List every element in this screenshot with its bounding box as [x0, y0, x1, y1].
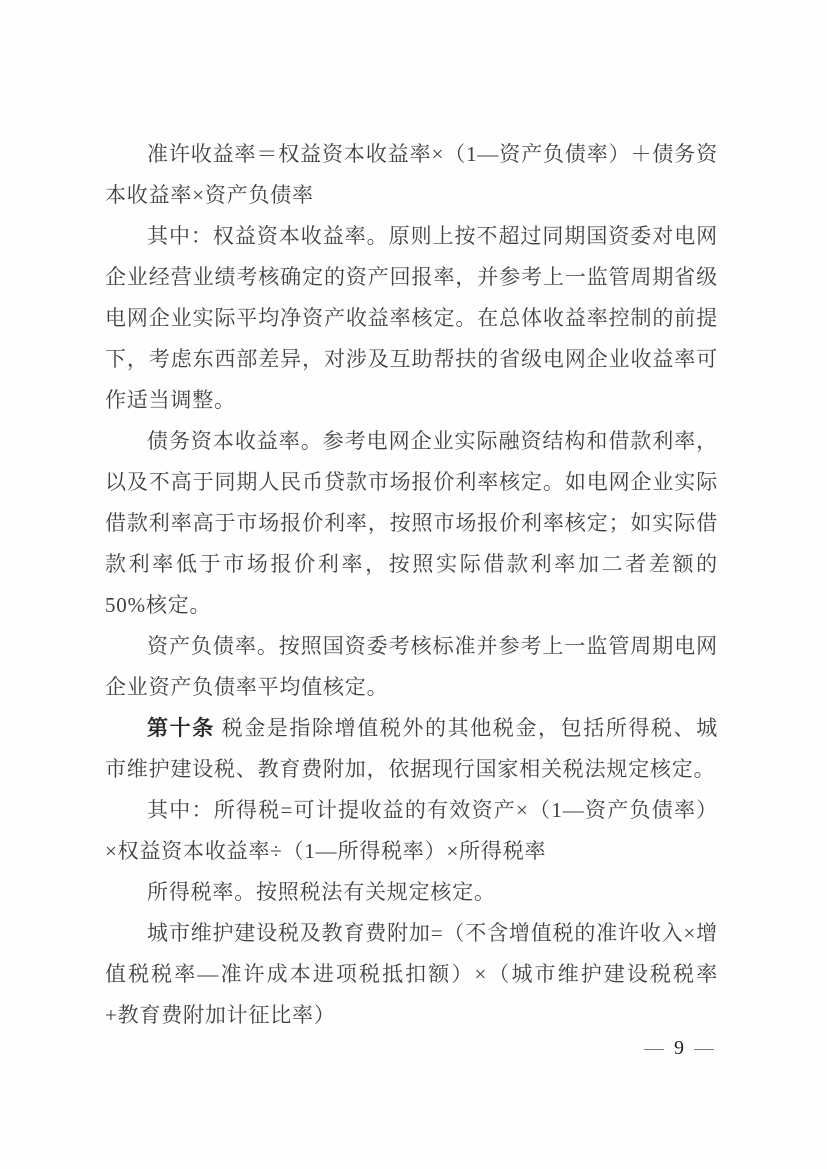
text-run: 准许收益率＝权益资本收益率×（1—资产负债率）＋债务资本收益率×资产负债率: [105, 142, 718, 207]
paragraph: 其中：权益资本收益率。原则上按不超过同期国资委对电网企业经营业绩考核确定的资产回…: [105, 216, 718, 421]
paragraph: 第十条 税金是指除增值税外的其他税金，包括所得税、城市维护建设税、教育费附加，依…: [105, 708, 718, 790]
paragraph: 债务资本收益率。参考电网企业实际融资结构和借款利率，以及不高于同期人民币贷款市场…: [105, 421, 718, 626]
paragraph: 其中：所得税=可计提收益的有效资产×（1—资产负债率）×权益资本收益率÷（1—所…: [105, 790, 718, 872]
paragraph: 资产负债率。按照国资委考核标准并参考上一监管周期电网企业资产负债率平均值核定。: [105, 626, 718, 708]
paragraph: 准许收益率＝权益资本收益率×（1—资产负债率）＋债务资本收益率×资产负债率: [105, 134, 718, 216]
document-page: 准许收益率＝权益资本收益率×（1—资产负债率）＋债务资本收益率×资产负债率其中：…: [0, 0, 827, 1169]
footer-left-dash: —: [644, 1037, 665, 1059]
article-number-run: 第十条: [147, 716, 215, 740]
footer-right-dash: —: [694, 1037, 715, 1059]
text-run: 所得税率。按照税法有关规定核定。: [147, 880, 496, 904]
page-footer: —9—: [644, 1036, 715, 1060]
text-run: 城市维护建设税及教育费附加=（不含增值税的准许收入×增值税税率—准许成本进项税抵…: [105, 921, 718, 1027]
paragraph: 城市维护建设税及教育费附加=（不含增值税的准许收入×增值税税率—准许成本进项税抵…: [105, 913, 718, 1036]
text-run: 债务资本收益率。参考电网企业实际融资结构和借款利率，以及不高于同期人民币贷款市场…: [105, 429, 718, 617]
page-number: 9: [674, 1037, 685, 1059]
paragraph: 所得税率。按照税法有关规定核定。: [105, 872, 718, 913]
text-run: 其中：权益资本收益率。原则上按不超过同期国资委对电网企业经营业绩考核确定的资产回…: [105, 224, 718, 412]
text-run: 资产负债率。按照国资委考核标准并参考上一监管周期电网企业资产负债率平均值核定。: [105, 634, 718, 699]
text-run: 其中：所得税=可计提收益的有效资产×（1—资产负债率）×权益资本收益率÷（1—所…: [105, 798, 718, 863]
document-body: 准许收益率＝权益资本收益率×（1—资产负债率）＋债务资本收益率×资产负债率其中：…: [105, 134, 718, 1036]
